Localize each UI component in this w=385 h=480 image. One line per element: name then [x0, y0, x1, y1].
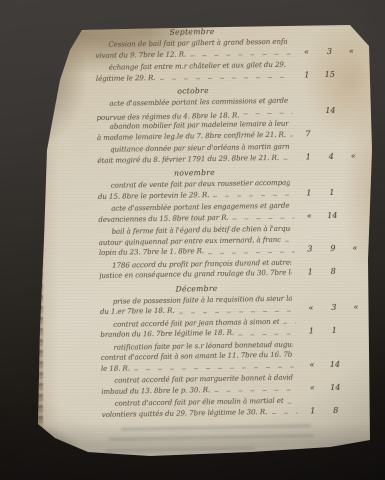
amount-columns-empty — [301, 378, 367, 379]
amount-value — [342, 105, 362, 116]
amount-columns-empty — [295, 42, 361, 43]
dotted-leader — [179, 310, 296, 313]
month-section: octobreacte d'assemblée portant les comm… — [96, 82, 363, 166]
month-section: Décembreprise de possession faite à la r… — [99, 280, 367, 420]
dotted-leader — [290, 136, 293, 137]
amount-value: « — [345, 243, 365, 254]
amount-value: 14 — [323, 359, 347, 370]
amount-value: 14 — [318, 105, 342, 116]
dotted-leader — [285, 241, 295, 242]
entry-text: volontiers quittés du 29. 7bre légitime … — [102, 407, 268, 420]
dotted-leader — [284, 323, 297, 324]
entry-text: légitime le 29. R. — [96, 72, 156, 84]
register-entry: contrat accordé fait par jean thomas à s… — [100, 315, 366, 341]
amount-columns-empty — [300, 299, 366, 300]
amount-value: 9 — [321, 244, 345, 255]
register-entry: Cession de bail fait par gilbert à grand… — [95, 35, 361, 61]
amount-columns: 14« — [297, 151, 363, 163]
dotted-leader — [243, 113, 292, 115]
amount-columns-empty — [300, 322, 366, 323]
amount-columns-empty — [299, 263, 365, 264]
amount-columns-empty — [302, 401, 368, 402]
dotted-leader — [288, 402, 298, 403]
amount-columns: 11 — [300, 325, 366, 337]
amount-columns-empty — [299, 229, 365, 230]
manuscript-content: SeptembreCession de bail fait par gilber… — [95, 23, 368, 423]
month-section: novembrecontrat de vente fait par deux r… — [97, 164, 365, 281]
register-entry: 1786 accord du profit par françois duran… — [99, 256, 365, 282]
dotted-leader — [283, 159, 293, 160]
amount-value: « — [346, 302, 366, 313]
amount-value: « — [300, 303, 322, 314]
amount-value: 15 — [318, 69, 342, 80]
amount-value: 4 — [319, 151, 343, 162]
amount-value — [343, 128, 363, 139]
amount-columns: 14 — [296, 105, 362, 117]
amount-columns-empty — [297, 124, 363, 125]
amount-columns: 39« — [299, 243, 365, 255]
ink-bleedthrough — [109, 434, 314, 441]
register-entry: acte d'assemblée portant les commissions… — [96, 94, 362, 120]
dotted-leader — [271, 413, 298, 414]
amount-value: « — [298, 211, 320, 222]
amount-value: 1 — [300, 326, 322, 337]
register-entry: bail à ferme fait à l'égard du bétif de … — [98, 222, 365, 258]
amount-value: 1 — [299, 267, 321, 278]
amount-columns-empty — [296, 101, 362, 102]
amount-value — [319, 128, 343, 139]
entry-text: du 1.er 7bre le 18. R. — [100, 306, 175, 318]
entry-text: du 15. 8bre le portevin le 29. R. — [98, 190, 210, 202]
amount-value: « — [341, 46, 361, 57]
amount-columns: «3« — [300, 302, 366, 314]
amount-value: « — [343, 151, 363, 162]
register-entry: contrat de vente fait par deux roussetie… — [98, 176, 364, 202]
entry-text: à madame lemaire leg.le du 7. 8bre confi… — [97, 129, 286, 143]
amount-value — [344, 210, 364, 221]
entry-text: brandon du 16. 7bre légitime le 18. R. — [100, 328, 234, 341]
amount-value: 8 — [324, 405, 348, 416]
amount-columns-empty — [301, 345, 367, 346]
amount-value — [347, 359, 367, 370]
amount-value: 1 — [320, 187, 344, 198]
register-entry: contrat d'accord fait par élie moulin à … — [101, 394, 367, 420]
register-entry: acte d'assemblée portant les engagemens … — [98, 199, 364, 225]
amount-columns: «3« — [295, 46, 361, 58]
dotted-leader — [160, 77, 292, 80]
amount-value — [342, 69, 362, 80]
manuscript-page: SeptembreCession de bail fait par gilber… — [25, 22, 375, 462]
entry-text: lopin du 23. 7bre le 1. 8bre R. — [99, 246, 204, 258]
dotted-leader — [190, 54, 291, 57]
dotted-leader — [233, 218, 295, 220]
amount-value: « — [301, 383, 323, 394]
amount-columns-empty — [298, 183, 364, 184]
amount-columns: 11 — [298, 187, 364, 199]
amount-value — [296, 106, 318, 117]
amount-value: 7 — [297, 129, 319, 140]
amount-value: 1 — [297, 152, 319, 163]
entry-text: justice en conséquence du grand roulage … — [99, 268, 291, 282]
amount-value: 8 — [321, 267, 345, 278]
dotted-leader — [214, 390, 297, 392]
amount-columns: «14 — [301, 359, 367, 371]
amount-value: 1 — [296, 70, 318, 81]
month-section: SeptembreCession de bail fait par gilber… — [95, 23, 362, 84]
amount-columns: «14 — [298, 210, 364, 222]
register-entry: échange fait entre m.r châtelier et aux … — [96, 58, 362, 84]
amount-value: 14 — [323, 382, 347, 393]
entry-text: le 18. R. — [101, 363, 130, 374]
entry-text: vivant du 9. 7bre le 12. R. — [95, 49, 186, 61]
amount-value: 14 — [320, 210, 344, 221]
amount-columns-empty — [297, 147, 363, 148]
amount-value: 1 — [298, 188, 320, 199]
torn-left-edge — [25, 48, 43, 452]
archival-photo: SeptembreCession de bail fait par gilber… — [0, 0, 385, 480]
amount-value — [348, 405, 368, 416]
register-entry: quittance donnée par sieur d'orléans à m… — [97, 140, 363, 166]
register-entry: prise de possession faite à la requisiti… — [100, 292, 366, 318]
amount-columns-empty — [299, 240, 365, 241]
amount-value — [344, 187, 364, 198]
dotted-leader — [238, 333, 296, 335]
entry-text: était mogiré du 8. février 1791 du 29. 8… — [97, 152, 279, 166]
amount-value: « — [301, 360, 323, 371]
entry-text: devanciennes du 15. 8bre tout par R. — [98, 212, 228, 225]
dotted-leader — [134, 367, 297, 371]
amount-columns: 7 — [297, 128, 363, 140]
amount-columns: «14 — [301, 382, 367, 394]
register-entry: ratification faite par le s.r léonard bo… — [100, 338, 367, 374]
amount-value: 1 — [322, 326, 346, 337]
amount-columns: 18 — [299, 266, 365, 278]
torn-bottom-corner — [31, 414, 101, 454]
register-entry: contrat accordé fait par marguerite bonn… — [101, 371, 367, 397]
amount-value: 3 — [299, 244, 321, 255]
amount-value: « — [295, 47, 317, 58]
amount-value — [346, 325, 366, 336]
amount-value: 1 — [302, 406, 324, 417]
amount-value: 3 — [322, 303, 346, 314]
amount-columns-empty — [298, 206, 364, 207]
ink-bleedthrough — [105, 447, 255, 453]
amount-columns-empty — [301, 355, 367, 356]
dotted-leader — [213, 195, 294, 197]
dotted-leader — [208, 251, 295, 254]
amount-value — [345, 266, 365, 277]
entry-text: imbaud du 13. 8bre le p. 30. R. — [101, 385, 210, 397]
ink-bleedthrough — [121, 424, 311, 430]
amount-value: 3 — [317, 46, 341, 57]
amount-columns: 115 — [296, 69, 362, 81]
amount-value — [347, 382, 367, 393]
amount-columns-empty — [296, 65, 362, 66]
amount-columns: 18 — [302, 405, 368, 417]
register-entry: abandon mobilier fait par madeleine lema… — [97, 117, 363, 143]
